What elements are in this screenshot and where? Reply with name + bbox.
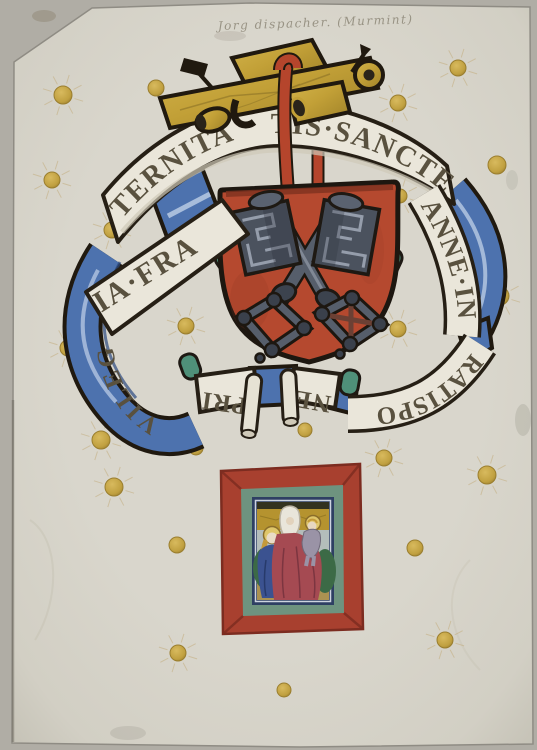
shield-of-regensburg xyxy=(220,182,399,363)
miniature-panel xyxy=(221,464,363,634)
gold-dot xyxy=(169,537,185,553)
gold-dot xyxy=(407,540,423,556)
gold-dot xyxy=(488,156,506,174)
manuscript-page: Jorg dispacher. (Murmint) xyxy=(0,0,537,750)
manuscript-artwork: Jorg dispacher. (Murmint) xyxy=(0,0,537,750)
miniature-scene xyxy=(253,502,336,600)
gold-dot xyxy=(148,80,164,96)
gold-dot xyxy=(277,683,291,697)
gold-dot xyxy=(298,423,312,437)
